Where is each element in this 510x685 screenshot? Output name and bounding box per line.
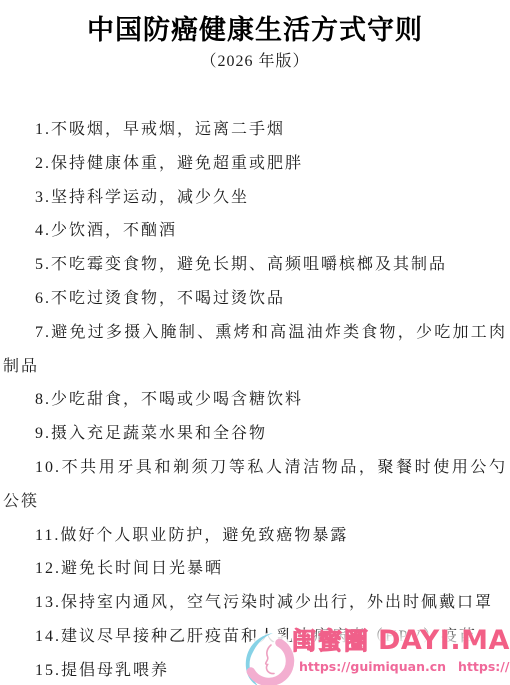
document-page: 中国防癌健康生活方式守则 （2026 年版） 1.不吸烟，早戒烟，远离二手烟 2…: [0, 0, 510, 685]
list-item: 3.坚持科学运动，减少久坐: [3, 181, 507, 215]
list-item: 11.做好个人职业防护，避免致癌物暴露: [3, 519, 507, 553]
list-item: 8.少吃甜食，不喝或少喝含糖饮料: [3, 383, 507, 417]
list-item: 14.建议尽早接种乙肝疫苗和人乳头瘤病毒（HPV）疫苗: [3, 620, 507, 654]
list-item: 4.少饮酒，不酗酒: [3, 214, 507, 248]
list-item: 6.不吃过烫食物，不喝过烫饮品: [3, 282, 507, 316]
list-item: 10.不共用牙具和剃须刀等私人清洁物品，聚餐时使用公勺公筷: [3, 451, 507, 519]
list-item: 12.避免长时间日光暴晒: [3, 552, 507, 586]
list-item: 7.避免过多摄入腌制、熏烤和高温油炸类食物，少吃加工肉制品: [3, 316, 507, 384]
list-item: 9.摄入充足蔬菜水果和全谷物: [3, 417, 507, 451]
list-item: 15.提倡母乳喂养: [3, 654, 507, 685]
list-item: 2.保持健康体重，避免超重或肥胖: [3, 147, 507, 181]
list-item: 5.不吃霉变食物，避免长期、高频咀嚼槟榔及其制品: [3, 248, 507, 282]
list-item: 13.保持室内通风，空气污染时减少出行，外出时佩戴口罩: [3, 586, 507, 620]
document-title: 中国防癌健康生活方式守则: [0, 12, 510, 48]
list-item: 1.不吸烟，早戒烟，远离二手烟: [3, 113, 507, 147]
document-subtitle: （2026 年版）: [0, 50, 510, 74]
guideline-list: 1.不吸烟，早戒烟，远离二手烟 2.保持健康体重，避免超重或肥胖 3.坚持科学运…: [3, 113, 507, 685]
